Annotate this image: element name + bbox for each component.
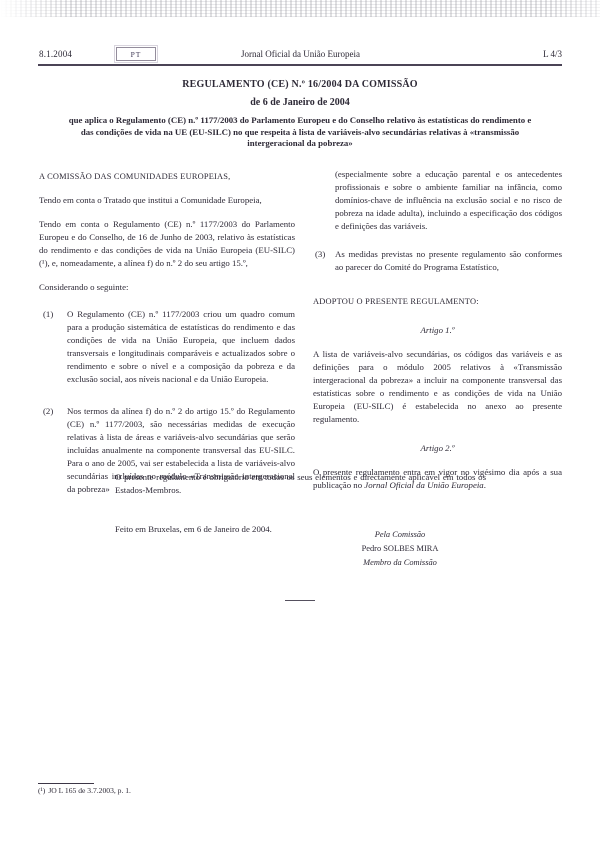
regulation-subtitle: que aplica o Regulamento (CE) n.º 1177/2… — [38, 115, 562, 150]
recital-2-continuation: (especialmente sobre a educação parental… — [313, 168, 562, 233]
right-column: (especialmente sobre a educação parental… — [313, 168, 562, 515]
recital-text: O Regulamento (CE) n.º 1177/2003 criou u… — [67, 309, 295, 384]
binding-clause: O presente regulamento é obrigatório em … — [115, 471, 486, 497]
regulation-title: REGULAMENTO (CE) N.º 16/2004 DA COMISSÃO — [38, 79, 562, 90]
footnote-area: (¹)JO L 165 de 3.7.2003, p. 1. — [38, 783, 338, 796]
signature-role: Membro da Comissão — [300, 556, 500, 570]
article-2-heading: Artigo 2.º — [313, 442, 562, 455]
signature-name: Pedro SOLBES MIRA — [300, 542, 500, 556]
citation-paragraph: Tendo em conta o Tratado que institui a … — [39, 194, 295, 207]
running-head: 8.1.2004 PT Jornal Oficial da União Euro… — [39, 47, 562, 63]
preamble-opening: A COMISSÃO DAS COMUNIDADES EUROPEIAS, — [39, 170, 295, 183]
recital-1: (1) O Regulamento (CE) n.º 1177/2003 cri… — [39, 308, 295, 386]
title-block: REGULAMENTO (CE) N.º 16/2004 DA COMISSÃO… — [38, 79, 562, 150]
body-columns: A COMISSÃO DAS COMUNIDADES EUROPEIAS, Te… — [39, 168, 562, 515]
section-divider — [285, 600, 315, 601]
signature-block: Pela Comissão Pedro SOLBES MIRA Membro d… — [300, 528, 500, 570]
footnote: (¹)JO L 165 de 3.7.2003, p. 1. — [38, 786, 338, 796]
journal-title: Jornal Oficial da União Europeia — [39, 49, 562, 59]
recital-text: As medidas previstas no presente regulam… — [335, 249, 562, 272]
article-1-body: A lista de variáveis-alvo secundárias, o… — [313, 348, 562, 426]
recital-number: (2) — [43, 405, 53, 418]
considering-lead-in: Considerando o seguinte: — [39, 281, 295, 294]
recital-number: (1) — [43, 308, 53, 321]
footnote-text: JO L 165 de 3.7.2003, p. 1. — [48, 786, 131, 795]
recital-number: (3) — [315, 248, 325, 261]
closing-block: O presente regulamento é obrigatório em … — [115, 471, 486, 536]
regulation-date: de 6 de Janeiro de 2004 — [38, 97, 562, 108]
article-1-heading: Artigo 1.º — [313, 324, 562, 337]
scan-noise-band — [0, 0, 600, 17]
journal-page: 8.1.2004 PT Jornal Oficial da União Euro… — [0, 0, 600, 848]
enacting-formula: ADOPTOU O PRESENTE REGULAMENTO: — [313, 295, 562, 308]
recital-3: (3) As medidas previstas no presente reg… — [313, 248, 562, 274]
header-rule — [38, 64, 562, 66]
citation-paragraph: Tendo em conta o Regulamento (CE) n.º 11… — [39, 218, 295, 270]
footnote-marker: (¹) — [38, 786, 45, 795]
signature-on-behalf: Pela Comissão — [300, 528, 500, 542]
footnote-rule — [38, 783, 94, 784]
left-column: A COMISSÃO DAS COMUNIDADES EUROPEIAS, Te… — [39, 168, 295, 515]
page-reference: L 4/3 — [543, 49, 562, 59]
